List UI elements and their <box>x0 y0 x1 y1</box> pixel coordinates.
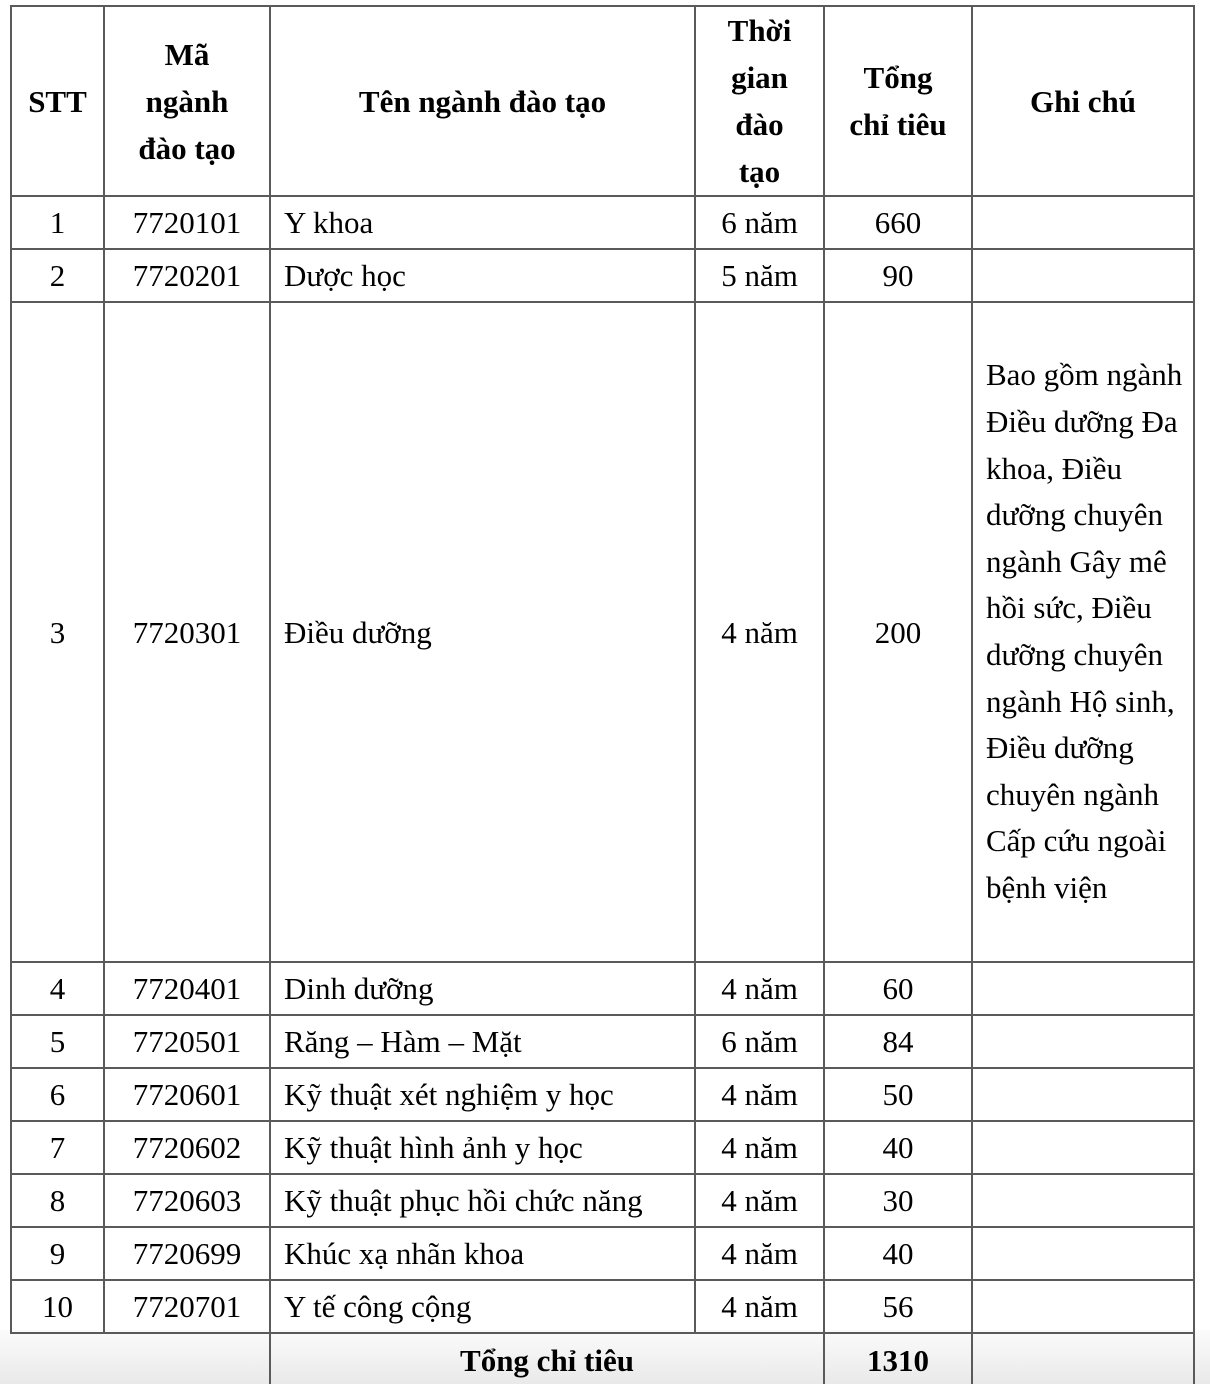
cell-stt: 2 <box>11 249 104 302</box>
table-row: 67720601Kỹ thuật xét nghiệm y học4 năm50 <box>11 1068 1194 1121</box>
cell-name: Răng – Hàm – Mặt <box>270 1015 695 1068</box>
table-row: 37720301Điều dưỡng4 năm200Bao gồm ngành … <box>11 302 1194 962</box>
table-row: 27720201Dược học5 năm90 <box>11 249 1194 302</box>
cell-duration: 4 năm <box>695 1280 824 1333</box>
cell-name: Khúc xạ nhãn khoa <box>270 1227 695 1280</box>
header-duration: Thời gian đào tạo <box>695 6 824 196</box>
cell-note <box>972 1174 1194 1227</box>
header-code: Mã ngành đào tạo <box>104 6 270 196</box>
total-note <box>972 1333 1194 1384</box>
cell-name: Kỹ thuật phục hồi chức năng <box>270 1174 695 1227</box>
cell-duration: 4 năm <box>695 302 824 962</box>
cell-code: 7720699 <box>104 1227 270 1280</box>
cell-name: Y khoa <box>270 196 695 249</box>
table-row: 107720701Y tế công cộng4 năm56 <box>11 1280 1194 1333</box>
total-label: Tổng chỉ tiêu <box>270 1333 824 1384</box>
cell-quota: 40 <box>824 1121 972 1174</box>
cell-quota: 660 <box>824 196 972 249</box>
cell-quota: 90 <box>824 249 972 302</box>
cell-code: 7720601 <box>104 1068 270 1121</box>
cell-stt: 7 <box>11 1121 104 1174</box>
cell-code: 7720101 <box>104 196 270 249</box>
cell-duration: 4 năm <box>695 1174 824 1227</box>
cell-stt: 3 <box>11 302 104 962</box>
cell-name: Kỹ thuật xét nghiệm y học <box>270 1068 695 1121</box>
header-name: Tên ngành đào tạo <box>270 6 695 196</box>
cell-stt: 6 <box>11 1068 104 1121</box>
cell-duration: 4 năm <box>695 1121 824 1174</box>
header-quota: Tổng chỉ tiêu <box>824 6 972 196</box>
cell-quota: 200 <box>824 302 972 962</box>
cell-quota: 84 <box>824 1015 972 1068</box>
cell-stt: 10 <box>11 1280 104 1333</box>
cell-code: 7720701 <box>104 1280 270 1333</box>
cell-duration: 4 năm <box>695 962 824 1015</box>
total-blank <box>11 1333 270 1384</box>
cell-stt: 1 <box>11 196 104 249</box>
cell-quota: 56 <box>824 1280 972 1333</box>
cell-note <box>972 1015 1194 1068</box>
cell-name: Kỹ thuật hình ảnh y học <box>270 1121 695 1174</box>
header-note: Ghi chú <box>972 6 1194 196</box>
cell-duration: 4 năm <box>695 1068 824 1121</box>
cell-stt: 8 <box>11 1174 104 1227</box>
cell-stt: 5 <box>11 1015 104 1068</box>
cell-code: 7720301 <box>104 302 270 962</box>
cell-name: Dinh dưỡng <box>270 962 695 1015</box>
cell-code: 7720603 <box>104 1174 270 1227</box>
total-row: Tổng chỉ tiêu1310 <box>11 1333 1194 1384</box>
cell-code: 7720501 <box>104 1015 270 1068</box>
table-row: 57720501Răng – Hàm – Mặt6 năm84 <box>11 1015 1194 1068</box>
cell-name: Điều dưỡng <box>270 302 695 962</box>
cell-duration: 6 năm <box>695 196 824 249</box>
cell-quota: 30 <box>824 1174 972 1227</box>
total-value: 1310 <box>824 1333 972 1384</box>
header-row: STT Mã ngành đào tạo Tên ngành đào tạo T… <box>11 6 1194 196</box>
table-row: 77720602Kỹ thuật hình ảnh y học4 năm40 <box>11 1121 1194 1174</box>
header-stt: STT <box>11 6 104 196</box>
cell-note <box>972 249 1194 302</box>
cell-note <box>972 1068 1194 1121</box>
cell-duration: 6 năm <box>695 1015 824 1068</box>
cell-note <box>972 196 1194 249</box>
cell-code: 7720401 <box>104 962 270 1015</box>
cell-code: 7720201 <box>104 249 270 302</box>
table-row: 87720603Kỹ thuật phục hồi chức năng4 năm… <box>11 1174 1194 1227</box>
table-row: 17720101Y khoa6 năm660 <box>11 196 1194 249</box>
cell-quota: 40 <box>824 1227 972 1280</box>
cell-duration: 5 năm <box>695 249 824 302</box>
table-row: 97720699Khúc xạ nhãn khoa4 năm40 <box>11 1227 1194 1280</box>
cell-note <box>972 1280 1194 1333</box>
cell-code: 7720602 <box>104 1121 270 1174</box>
cell-quota: 60 <box>824 962 972 1015</box>
table-row: 47720401Dinh dưỡng4 năm60 <box>11 962 1194 1015</box>
cell-duration: 4 năm <box>695 1227 824 1280</box>
cell-stt: 9 <box>11 1227 104 1280</box>
cell-quota: 50 <box>824 1068 972 1121</box>
cell-name: Y tế công cộng <box>270 1280 695 1333</box>
cell-note <box>972 962 1194 1015</box>
cell-stt: 4 <box>11 962 104 1015</box>
cell-note: Bao gồm ngành Điều dưỡng Đa khoa, Điều d… <box>972 302 1194 962</box>
cell-note <box>972 1227 1194 1280</box>
admission-quota-table: STT Mã ngành đào tạo Tên ngành đào tạo T… <box>10 5 1195 1384</box>
cell-note <box>972 1121 1194 1174</box>
cell-name: Dược học <box>270 249 695 302</box>
